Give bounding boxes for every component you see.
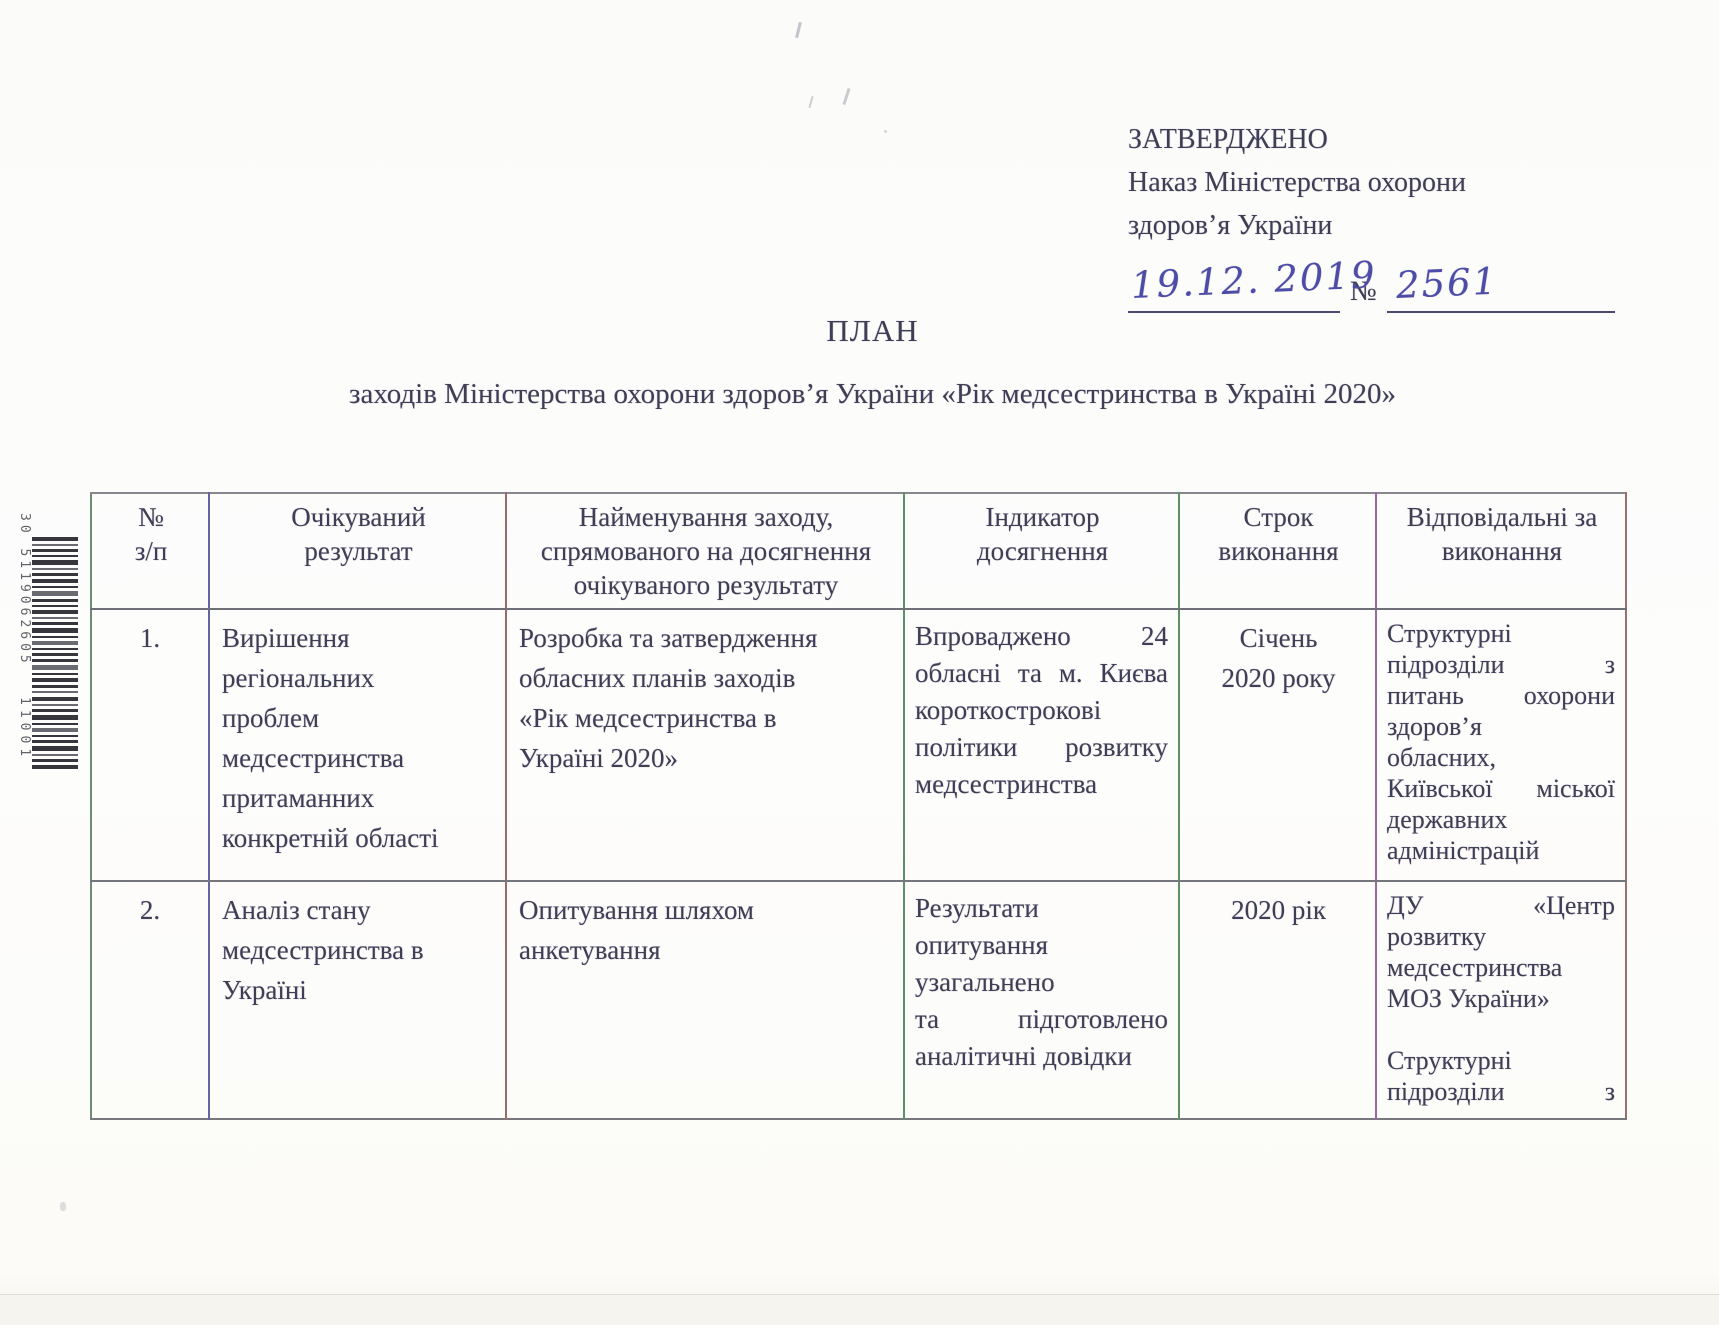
scan-page-edge: [0, 1294, 1719, 1325]
row1-indicator: Впроваджено 24обласні та м. Києвакоротко…: [904, 609, 1179, 881]
number-underline: 2561: [1387, 264, 1615, 313]
row1-term: Січень2020 року: [1179, 609, 1376, 881]
handwritten-date: 19.12. 2019: [1130, 253, 1377, 307]
row1-measure: Розробка та затвердженняобласних планів …: [506, 609, 904, 881]
approval-order-line-2: здоров’я України: [1128, 204, 1624, 247]
plan-table: №з/п Очікуванийрезультат Найменування за…: [90, 492, 1627, 1120]
header-measure-name: Найменування заходу,спрямованого на дося…: [506, 493, 904, 609]
row2-num: 2.: [91, 881, 209, 1119]
row1-num: 1.: [91, 609, 209, 881]
row2-measure: Опитування шляхоманкетування: [506, 881, 904, 1119]
table-row-2: 2. Аналіз станумедсестринства вУкраїні О…: [91, 881, 1626, 1119]
scan-artifact: [808, 96, 813, 108]
header-responsible: Відповідальні завиконання: [1376, 493, 1626, 609]
row2-term: 2020 рік: [1179, 881, 1376, 1119]
barcode-bars-secondary: [32, 697, 78, 773]
approval-stamp-label: ЗАТВЕРДЖЕНО: [1128, 118, 1624, 161]
row1-expected-result: Вирішеннярегіональнихпроблеммедсестринст…: [209, 609, 506, 881]
row2-indicator: Результатиопитуванняузагальненота підгот…: [904, 881, 1179, 1119]
document-title: ПЛАН: [105, 313, 1640, 349]
approval-order-line-1: Наказ Міністерства охорони: [1128, 161, 1624, 204]
document-subtitle: заходів Міністерства охорони здоров’я Ук…: [105, 378, 1640, 411]
header-num: №з/п: [91, 493, 209, 609]
date-underline: 19.12. 2019: [1128, 264, 1340, 313]
handwritten-number: 2561: [1395, 260, 1499, 307]
header-term: Строквиконання: [1179, 493, 1376, 609]
header-expected-result: Очікуванийрезультат: [209, 493, 506, 609]
row2-responsible: ДУ «ЦентррозвиткумедсестринстваМОЗ Украї…: [1376, 881, 1626, 1119]
scan-artifact: [60, 1202, 66, 1211]
barcode-group-main: 30 5119062605: [14, 513, 84, 691]
barcode: 30 5119062605 11001: [14, 513, 84, 775]
barcode-bars-main: [32, 537, 78, 689]
barcode-digits-secondary: 11001: [14, 697, 32, 773]
scanned-document-page: 30 5119062605 11001 ЗАТВЕРДЖЕНО Наказ Мі…: [0, 0, 1719, 1325]
table-header-row: №з/п Очікуванийрезультат Найменування за…: [91, 493, 1626, 609]
scan-artifact: [795, 22, 802, 38]
barcode-group-secondary: 11001: [14, 697, 84, 773]
row2-expected-result: Аналіз станумедсестринства вУкраїні: [209, 881, 506, 1119]
header-indicator: Індикатордосягнення: [904, 493, 1179, 609]
scan-artifact: [884, 130, 887, 133]
row1-responsible: Структурніпідрозділи зпитань охорониздор…: [1376, 609, 1626, 881]
scan-artifact: [842, 88, 850, 105]
barcode-digits-main: 30 5119062605: [14, 513, 32, 691]
table-row-1: 1. Вирішеннярегіональнихпроблеммедсестри…: [91, 609, 1626, 881]
approval-block: ЗАТВЕРДЖЕНО Наказ Міністерства охорони з…: [1128, 118, 1624, 313]
approval-fill-row: 19.12. 2019 № 2561: [1128, 261, 1624, 313]
